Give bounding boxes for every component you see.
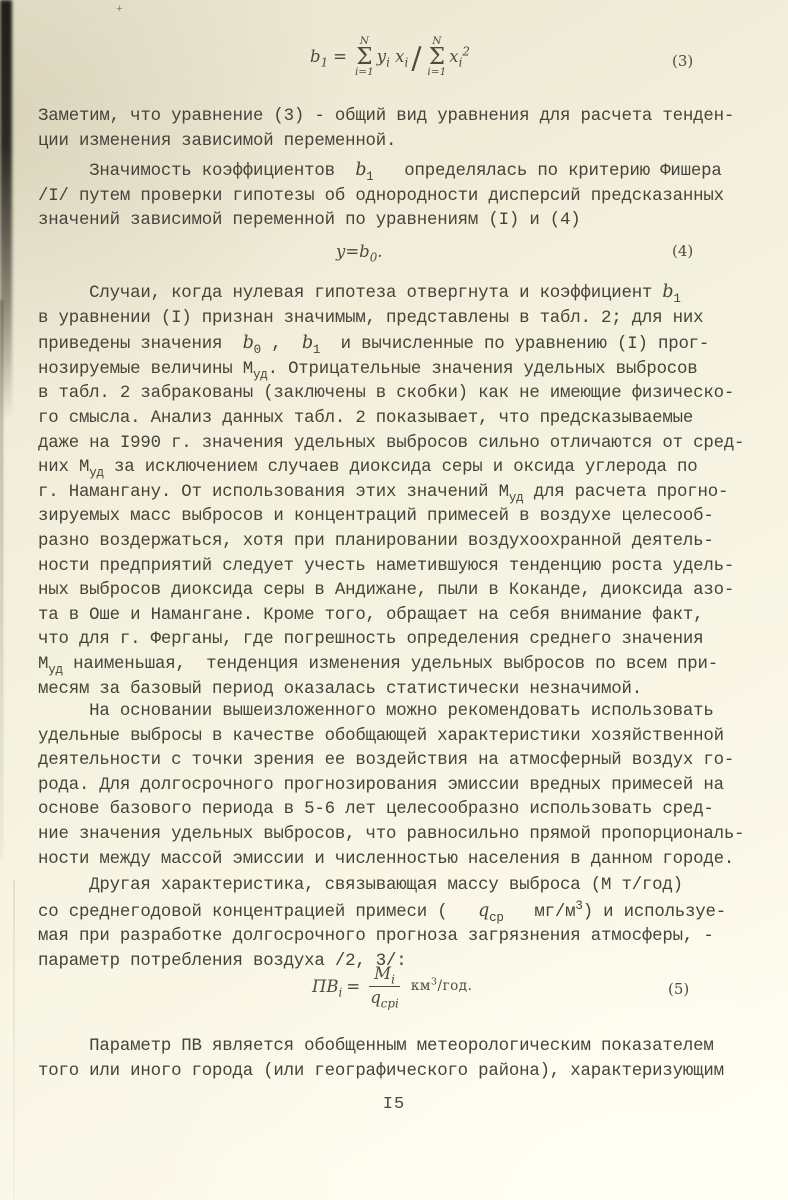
- eq5-units: км3/год.: [411, 978, 473, 994]
- text-line: месям за базовый период оказалась статис…: [38, 678, 768, 703]
- equation-5: ПВi = Mi qсрi км3/год.: [312, 966, 472, 1006]
- text-line: что для г. Ферганы, где погрешность опре…: [38, 628, 768, 653]
- eq3-denominator: xi2: [449, 47, 470, 66]
- text-line: разно воздержаться, хотя при планировани…: [38, 530, 768, 555]
- text-line: г. Намангану. От использования этих знач…: [38, 481, 768, 506]
- scan-edge-line: [0, 300, 3, 860]
- text-line: ции изменения зависимой переменной.: [38, 130, 768, 155]
- paragraph: Случаи, когда нулевая гипотеза отвергнут…: [38, 280, 768, 702]
- text-line: та в Оше и Намангане. Кроме того, обраща…: [38, 604, 768, 629]
- text-line: Заметим, что уравнение (3) - общий вид у…: [38, 105, 768, 130]
- equation-4: y=b0.: [336, 242, 383, 261]
- text-line: Параметр ПВ является обобщенным метеорол…: [38, 1035, 768, 1060]
- paragraph: Заметим, что уравнение (3) - общий вид у…: [38, 105, 768, 154]
- text-line: Другая характеристика, связывающая массу…: [38, 874, 768, 899]
- eq3-division-slash: /: [411, 41, 421, 76]
- text-line: в табл. 2 забракованы (заключены в скобк…: [38, 382, 768, 407]
- text-line: На основании вышеизложенного можно реком…: [38, 700, 768, 725]
- text-line: зируемых масс выбросов и концентраций пр…: [38, 505, 768, 530]
- eq4-body: y=b0.: [336, 242, 383, 261]
- eq5-lhs: ПВi: [312, 977, 342, 996]
- text-line: ных выбросов диоксида серы в Андижане, п…: [38, 579, 768, 604]
- text-line: /I/ путем проверки гипотезы об однородно…: [38, 185, 768, 210]
- text-line: со среднегодовой концентрацией примеси (…: [38, 899, 768, 926]
- equation-3-number: (3): [672, 52, 693, 70]
- sigma-symbol: Σ: [429, 47, 445, 68]
- text-line: Муд наименьшая, тенденция изменения удел…: [38, 653, 768, 678]
- text-line: нозируемые величины Муд. Отрицательные з…: [38, 358, 768, 383]
- text-line: ности между массой эмиссии и численность…: [38, 848, 768, 873]
- text-line: значений зависимой переменной по уравнен…: [38, 209, 768, 234]
- text-line: го смысла. Анализ данных табл. 2 показыв…: [38, 407, 768, 432]
- text-line: удельные выбросы в качестве обобщающей х…: [38, 725, 768, 750]
- eq3-equals: =: [333, 47, 347, 66]
- equation-5-number: (5): [668, 980, 689, 998]
- equation-4-number: (4): [672, 242, 693, 260]
- text-line: ние значения удельных выбросов, что равн…: [38, 823, 768, 848]
- page-number: I5: [0, 1095, 788, 1114]
- text-line: Случаи, когда нулевая гипотеза отвергнут…: [38, 280, 768, 307]
- eq3-numerator: yi xi: [377, 47, 409, 66]
- equation-3: b1 = N Σ i=1 yi xi / N Σ i=1 xi2: [310, 36, 470, 78]
- text-line: того или иного города (или географическо…: [38, 1060, 768, 1085]
- text-line: ности предприятий следует учесть наметив…: [38, 555, 768, 580]
- paragraph: Значимость коэффициентов b1 определялась…: [38, 158, 768, 234]
- sigma-symbol: Σ: [356, 47, 372, 68]
- paragraph: Параметр ПВ является обобщенным метеорол…: [38, 1035, 768, 1084]
- scanned-document-page: + b1 = N Σ i=1 yi xi / N Σ i=1 xi2 (3) З…: [0, 0, 788, 1200]
- text-line: приведены значения b0 , b1 и вычисленные…: [38, 331, 768, 358]
- eq3-sum-2: N Σ i=1: [427, 36, 446, 78]
- text-line: мая при разработке долгосрочного прогноз…: [38, 925, 768, 950]
- paper-crease: [13, 880, 15, 1200]
- text-line: основе базового периода в 5-6 лет целесо…: [38, 798, 768, 823]
- eq5-fraction: Mi qсрi: [369, 966, 400, 1006]
- text-line: даже на I990 г. значения удельных выброс…: [38, 432, 768, 457]
- text-line: в уравнении (I) признан значимым, предст…: [38, 307, 768, 332]
- eq5-frac-numerator: Mi: [369, 966, 400, 987]
- eq3-lhs: b1: [310, 47, 328, 66]
- paragraph: На основании вышеизложенного можно реком…: [38, 700, 768, 872]
- text-line: рода. Для долгосрочного прогнозирования …: [38, 774, 768, 799]
- paragraph: Другая характеристика, связывающая массу…: [38, 874, 768, 974]
- text-line: Значимость коэффициентов b1 определялась…: [38, 158, 768, 185]
- registration-mark: +: [116, 4, 123, 16]
- text-line: них Муд за исключением случаев диоксида …: [38, 456, 768, 481]
- eq5-equals: =: [346, 977, 360, 996]
- eq5-frac-denominator: qсрi: [370, 987, 399, 1007]
- eq3-sum-1: N Σ i=1: [355, 36, 374, 78]
- text-line: деятельности с точки зрения ее воздейств…: [38, 749, 768, 774]
